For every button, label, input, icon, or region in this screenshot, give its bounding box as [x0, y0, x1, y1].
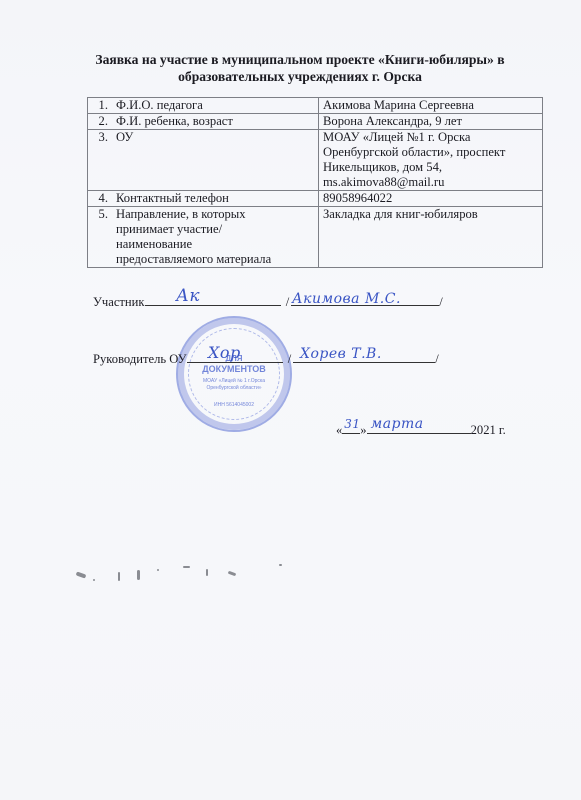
row-number: 1.: [94, 98, 108, 113]
label-line: принимает участие/: [116, 222, 314, 237]
row-number: 3.: [94, 130, 108, 145]
stamp-text: Оренбургской области»: [178, 385, 290, 391]
row-label-cell: 2.Ф.И. ребенка, возраст: [88, 114, 319, 130]
day-handwritten: 31: [344, 417, 360, 431]
separator: /: [286, 295, 290, 309]
separator: /: [288, 352, 292, 366]
row-value: Акимова Марина Сергеевна: [319, 98, 543, 114]
value-line: ms.akimova88@mail.ru: [323, 175, 538, 190]
head-signature: Хор: [208, 343, 241, 362]
row-value: 89058964022: [319, 191, 543, 207]
row-label: Контактный телефон: [116, 191, 314, 206]
month-handwritten: марта: [371, 416, 424, 432]
row-label: ОУ: [116, 130, 314, 145]
row-label-cell: 4.Контактный телефон: [88, 191, 319, 207]
participant-label: Участник: [93, 295, 145, 309]
participant-name-handwritten: Акимова М.С.: [292, 291, 401, 307]
head-signature-row: Руководитель ОУ //: [93, 350, 439, 367]
application-table: 1.Ф.И.О. педагога Акимова Марина Сергеев…: [87, 97, 543, 268]
title-line-2: образовательных учреждениях г. Орска: [70, 68, 530, 85]
row-number: 4.: [94, 191, 108, 206]
official-stamp: ДЛЯ ДОКУМЕНТОВ МОАУ «Лицей № 1 г.Орска О…: [176, 316, 292, 432]
row-label: Ф.И. ребенка, возраст: [116, 114, 314, 129]
year: 2021 г.: [471, 423, 506, 437]
row-value-cell: МОАУ «Лицей №1 г. Орска Оренбургской обл…: [319, 130, 543, 191]
row-number: 5.: [94, 207, 108, 267]
title-line-1: Заявка на участие в муниципальном проект…: [70, 51, 530, 68]
row-label-cell: 5. Направление, в которых принимает учас…: [88, 207, 319, 268]
row-label-cell: 1.Ф.И.О. педагога: [88, 98, 319, 114]
head-name-handwritten: Хорев Т.В.: [300, 346, 382, 362]
label-line: предоставляемого материала: [116, 252, 314, 267]
row-value: Ворона Александра, 9 лет: [319, 114, 543, 130]
row-label-cell: 3.ОУ: [88, 130, 319, 191]
table-row: 3.ОУ МОАУ «Лицей №1 г. Орска Оренбургско…: [88, 130, 543, 191]
separator: /: [435, 352, 439, 366]
row-value: Закладка для книг-юбиляров: [319, 207, 543, 268]
signature-line: [145, 293, 281, 306]
table-row: 2.Ф.И. ребенка, возраст Ворона Александр…: [88, 114, 543, 130]
head-label: Руководитель ОУ: [93, 352, 187, 366]
value-line: Никельщиков, дом 54,: [323, 160, 538, 175]
table-row: 1.Ф.И.О. педагога Акимова Марина Сергеев…: [88, 98, 543, 114]
value-line: Оренбургской области», проспект: [323, 145, 538, 160]
label-line: Направление, в которых: [116, 207, 314, 222]
label-line: наименование: [116, 237, 314, 252]
month-line: марта: [367, 421, 471, 434]
stamp-text: МОАУ «Лицей № 1 г.Орска: [178, 378, 290, 384]
document-title: Заявка на участие в муниципальном проект…: [70, 51, 530, 85]
stamp-text: ИНН 5614045002: [178, 402, 290, 408]
table-row: 5. Направление, в которых принимает учас…: [88, 207, 543, 268]
row-number: 2.: [94, 114, 108, 129]
day-line: 31: [342, 421, 360, 434]
row-label: Ф.И.О. педагога: [116, 98, 314, 113]
value-line: МОАУ «Лицей №1 г. Орска: [323, 130, 538, 145]
row-label-multiline: Направление, в которых принимает участие…: [116, 207, 314, 267]
table-row: 4.Контактный телефон 89058964022: [88, 191, 543, 207]
date-line: «31»марта2021 г.: [336, 421, 506, 438]
separator: /: [439, 295, 443, 309]
participant-signature: Ак: [176, 286, 200, 306]
